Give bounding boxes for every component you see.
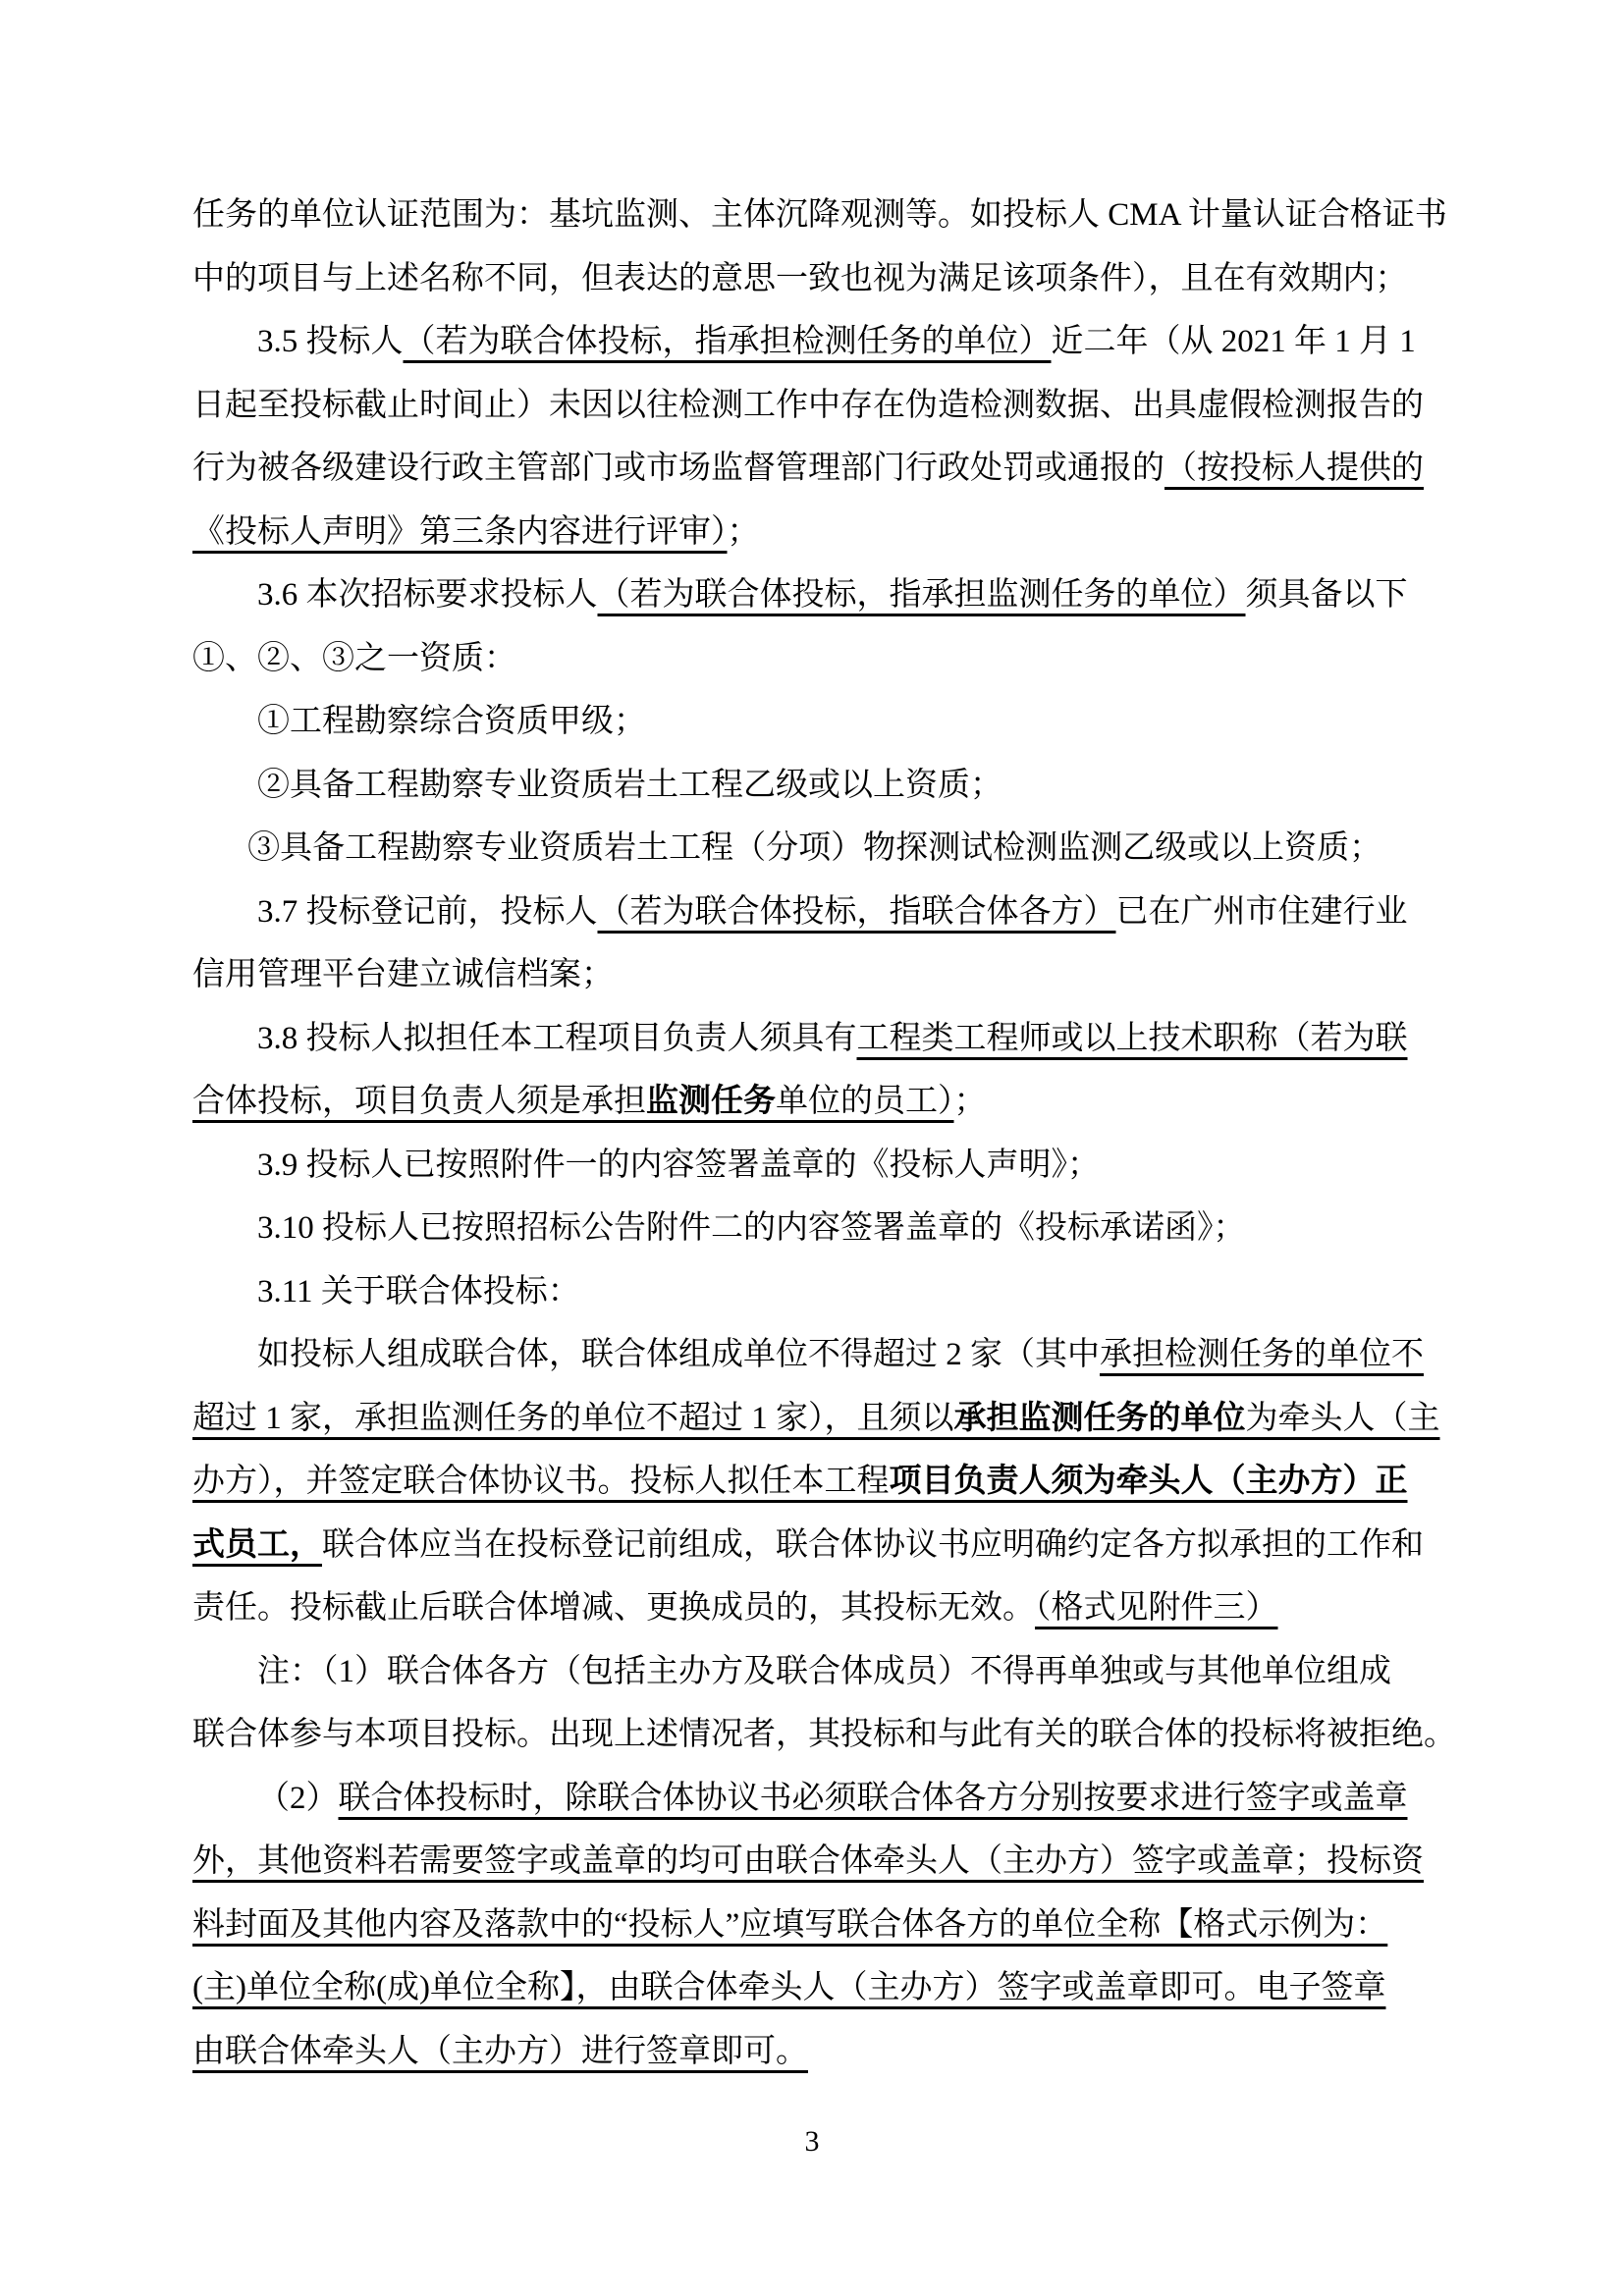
text-run: ； bbox=[954, 1084, 987, 1119]
text-run: 任务的单位认证范围为：基坑监测、主体沉降观测等。如投标人 CMA 计量认证合格证… bbox=[192, 197, 1447, 233]
text-line: 3.6 本次招标要求投标人（若为联合体投标，指承担监测任务的单位）须具备以下 bbox=[192, 563, 1432, 627]
text-line: 3.11 关于联合体投标： bbox=[192, 1260, 1432, 1324]
text-run: 联合体参与本项目投标。出现上述情况者，其投标和与此有关的联合体的投标将被拒绝。 bbox=[192, 1717, 1456, 1752]
underlined-text-run: 工程类工程师或以上技术职称（若为联 bbox=[857, 1021, 1408, 1056]
underlined-text-run: 料封面及其他内容及落款中的“投标人”应填写联合体各方的单位全称【格式示例为： bbox=[192, 1907, 1387, 1943]
underlined-text-run: 单位的员工） bbox=[776, 1084, 954, 1119]
text-run: 行为被各级建设行政主管部门或市场监督管理部门行政处罚或通报的 bbox=[192, 451, 1164, 486]
text-run: ①、②、③之一资质： bbox=[192, 641, 516, 676]
text-line: 超过 1 家，承担监测任务的单位不超过 1 家），且须以承担监测任务的单位为牵头… bbox=[192, 1387, 1432, 1451]
text-line: 办方），并签定联合体协议书。投标人拟任本工程项目负责人须为牵头人（主办方）正 bbox=[192, 1450, 1432, 1514]
text-run: 注：（1）联合体各方（包括主办方及联合体成员）不得再单独或与其他单位组成 bbox=[257, 1654, 1391, 1689]
underlined-text-run: （格式见附件三） bbox=[1035, 1590, 1278, 1626]
text-line: ②具备工程勘察专业资质岩土工程乙级或以上资质； bbox=[192, 754, 1432, 818]
text-run: 责任。投标截止后联合体增减、更换成员的，其投标无效。 bbox=[192, 1590, 1035, 1626]
underlined-text-run: (主)单位全称(成)单位全称】，由联合体牵头人（主办方）签字或盖章即可。电子签章 bbox=[192, 1970, 1385, 2005]
text-run: ； bbox=[728, 514, 760, 550]
text-line: 如投标人组成联合体，联合体组成单位不得超过 2 家（其中承担检测任务的单位不 bbox=[192, 1323, 1432, 1387]
underlined-text-run: （若为联合体投标，指承担检测任务的单位） bbox=[404, 324, 1052, 359]
text-line: 《投标人声明》第三条内容进行评审）； bbox=[192, 501, 1432, 564]
text-line: (主)单位全称(成)单位全称】，由联合体牵头人（主办方）签字或盖章即可。电子签章 bbox=[192, 1956, 1432, 2020]
text-run: （2） bbox=[257, 1781, 339, 1816]
underlined-text-run: （若为联合体投标，指联合体各方） bbox=[598, 894, 1116, 930]
text-line: 3.10 投标人已按照招标公告附件二的内容签署盖章的《投标承诺函》； bbox=[192, 1197, 1432, 1260]
text-line: 3.8 投标人拟担任本工程项目负责人须具有工程类工程师或以上技术职称（若为联 bbox=[192, 1007, 1432, 1071]
underlined-text-run: 超过 1 家，承担监测任务的单位不超过 1 家），且须以 bbox=[192, 1401, 954, 1436]
text-run: 已在广州市住建行业 bbox=[1116, 894, 1408, 930]
underlined-text-run: （按投标人提供的 bbox=[1164, 451, 1424, 486]
text-run: 联合体应当在投标登记前组成，联合体协议书应明确约定各方拟承担的工作和 bbox=[322, 1527, 1424, 1563]
underlined-text-run: 为牵头人（主 bbox=[1246, 1401, 1440, 1436]
text-line: 外，其他资料若需要签字或盖章的均可由联合体牵头人（主办方）签字或盖章；投标资 bbox=[192, 1830, 1432, 1894]
text-run: 如投标人组成联合体，联合体组成单位不得超过 2 家（其中 bbox=[257, 1337, 1100, 1372]
underlined-text-run: 监测任务 bbox=[646, 1084, 776, 1119]
text-line: ①、②、③之一资质： bbox=[192, 627, 1432, 691]
document-body: 任务的单位认证范围为：基坑监测、主体沉降观测等。如投标人 CMA 计量认证合格证… bbox=[192, 184, 1432, 2083]
text-line: 3.9 投标人已按照附件一的内容签署盖章的《投标人声明》； bbox=[192, 1134, 1432, 1198]
page-number: 3 bbox=[0, 2124, 1624, 2160]
text-line: 3.7 投标登记前，投标人（若为联合体投标，指联合体各方）已在广州市住建行业 bbox=[192, 881, 1432, 944]
document-page: 任务的单位认证范围为：基坑监测、主体沉降观测等。如投标人 CMA 计量认证合格证… bbox=[0, 0, 1624, 2296]
text-run: 3.10 投标人已按照招标公告附件二的内容签署盖章的《投标承诺函》； bbox=[257, 1210, 1246, 1246]
text-run: 3.8 投标人拟担任本工程项目负责人须具有 bbox=[257, 1021, 857, 1056]
text-line: 中的项目与上述名称不同，但表达的意思一致也视为满足该项条件），且在有效期内； bbox=[192, 247, 1432, 311]
text-run: 3.9 投标人已按照附件一的内容签署盖章的《投标人声明》； bbox=[257, 1148, 1100, 1183]
text-line: 由联合体牵头人（主办方）进行签章即可。 bbox=[192, 2020, 1432, 2084]
text-run: ①工程勘察综合资质甲级； bbox=[257, 704, 646, 739]
underlined-text-run: 式员工， bbox=[192, 1527, 322, 1563]
text-line: 料封面及其他内容及落款中的“投标人”应填写联合体各方的单位全称【格式示例为： bbox=[192, 1894, 1432, 1957]
text-line: 合体投标，项目负责人须是承担监测任务单位的员工）； bbox=[192, 1070, 1432, 1134]
underlined-text-run: 承担监测任务的单位 bbox=[954, 1401, 1246, 1436]
text-run: 3.5 投标人 bbox=[257, 324, 404, 359]
text-run: ③具备工程勘察专业资质岩土工程（分项）物探测试检测监测乙级或以上资质； bbox=[247, 830, 1381, 866]
text-line: （2）联合体投标时，除联合体协议书必须联合体各方分别按要求进行签字或盖章 bbox=[192, 1767, 1432, 1831]
underlined-text-run: 《投标人声明》第三条内容进行评审） bbox=[192, 514, 728, 550]
text-run: 3.7 投标登记前，投标人 bbox=[257, 894, 598, 930]
underlined-text-run: 联合体投标时，除联合体协议书必须联合体各方分别按要求进行签字或盖章 bbox=[339, 1781, 1408, 1816]
text-line: 任务的单位认证范围为：基坑监测、主体沉降观测等。如投标人 CMA 计量认证合格证… bbox=[192, 184, 1432, 247]
text-line: ③具备工程勘察专业资质岩土工程（分项）物探测试检测监测乙级或以上资质； bbox=[192, 817, 1432, 881]
text-run: 日起至投标截止时间止）未因以往检测工作中存在伪造检测数据、出具虚假检测报告的 bbox=[192, 388, 1424, 423]
text-run: 须具备以下 bbox=[1246, 577, 1408, 613]
text-line: 3.5 投标人（若为联合体投标，指承担检测任务的单位）近二年（从 2021 年 … bbox=[192, 310, 1432, 374]
underlined-text-run: 办方），并签定联合体协议书。投标人拟任本工程 bbox=[192, 1464, 890, 1499]
text-line: ①工程勘察综合资质甲级； bbox=[192, 690, 1432, 754]
text-line: 信用管理平台建立诚信档案； bbox=[192, 943, 1432, 1007]
text-run: 3.6 本次招标要求投标人 bbox=[257, 577, 598, 613]
text-run: 3.11 关于联合体投标： bbox=[257, 1274, 580, 1309]
underlined-text-run: 项目负责人须为牵头人（主办方）正 bbox=[890, 1464, 1408, 1499]
underlined-text-run: 外，其他资料若需要签字或盖章的均可由联合体牵头人（主办方）签字或盖章；投标资 bbox=[192, 1843, 1424, 1879]
text-run: 信用管理平台建立诚信档案； bbox=[192, 957, 614, 992]
text-line: 日起至投标截止时间止）未因以往检测工作中存在伪造检测数据、出具虚假检测报告的 bbox=[192, 374, 1432, 438]
text-line: 联合体参与本项目投标。出现上述情况者，其投标和与此有关的联合体的投标将被拒绝。 bbox=[192, 1703, 1432, 1767]
text-line: 注：（1）联合体各方（包括主办方及联合体成员）不得再单独或与其他单位组成 bbox=[192, 1640, 1432, 1704]
underlined-text-run: 合体投标，项目负责人须是承担 bbox=[192, 1084, 646, 1119]
text-line: 责任。投标截止后联合体增减、更换成员的，其投标无效。（格式见附件三） bbox=[192, 1576, 1432, 1640]
text-run: ②具备工程勘察专业资质岩土工程乙级或以上资质； bbox=[257, 768, 1002, 803]
underlined-text-run: 承担检测任务的单位不 bbox=[1100, 1337, 1424, 1372]
underlined-text-run: 由联合体牵头人（主办方）进行签章即可。 bbox=[192, 2034, 808, 2069]
text-line: 行为被各级建设行政主管部门或市场监督管理部门行政处罚或通报的（按投标人提供的 bbox=[192, 437, 1432, 501]
text-line: 式员工，联合体应当在投标登记前组成，联合体协议书应明确约定各方拟承担的工作和 bbox=[192, 1514, 1432, 1577]
underlined-text-run: （若为联合体投标，指承担监测任务的单位） bbox=[598, 577, 1246, 613]
text-run: 近二年（从 2021 年 1 月 1 bbox=[1052, 324, 1416, 359]
text-run: 中的项目与上述名称不同，但表达的意思一致也视为满足该项条件），且在有效期内； bbox=[192, 261, 1408, 296]
